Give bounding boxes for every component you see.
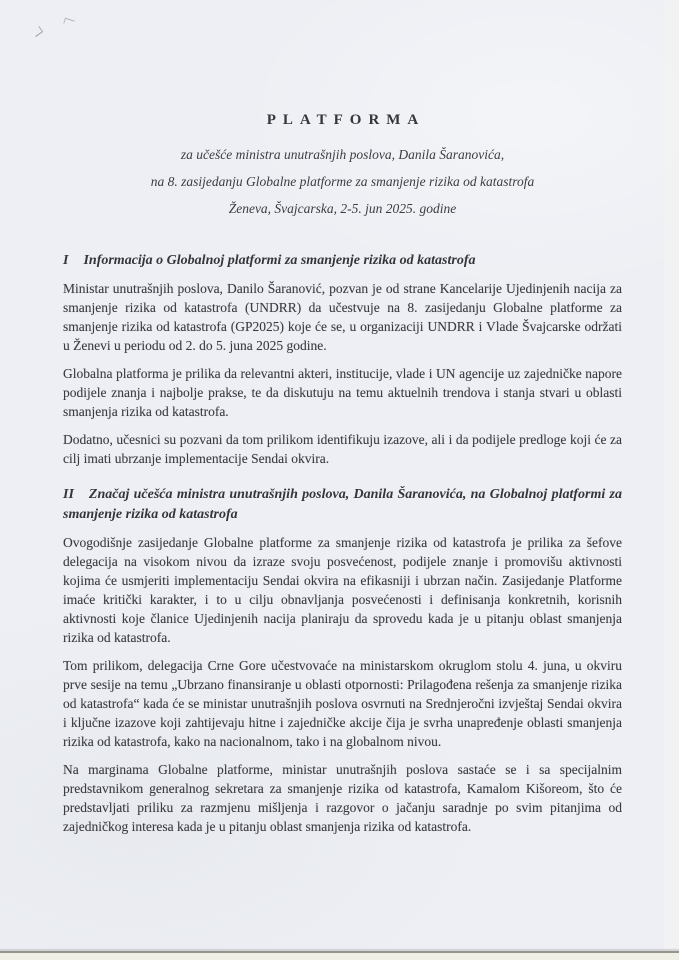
document-title: PLATFORMA [63, 112, 622, 129]
scanned-document-page: PLATFORMA za učešće ministra unutrašnjih… [0, 0, 679, 960]
subtitle-line: Ženeva, Švajcarska, 2-5. jun 2025. godin… [63, 195, 622, 222]
section-2-heading: IIZnačaj učešća ministra unutrašnjih pos… [63, 485, 622, 525]
section-1-number: I [63, 253, 68, 268]
paragraph: Dodatno, učesnici su pozvani da tom pril… [63, 430, 622, 468]
section-1: IInformacija o Globalnoj platformi za sm… [63, 251, 622, 468]
paragraph: Ovogodišnje zasijedanje Globalne platfor… [63, 533, 622, 647]
page-content: PLATFORMA za učešće ministra unutrašnjih… [0, 0, 679, 960]
document-subtitle: za učešće ministra unutrašnjih poslova, … [63, 141, 622, 222]
section-1-heading-text: Informacija o Globalnoj platformi za sma… [83, 253, 475, 268]
paragraph: Ministar unutrašnjih poslova, Danilo Šar… [63, 279, 622, 355]
subtitle-line: za učešće ministra unutrašnjih poslova, … [63, 141, 622, 168]
scanner-bottom-edge [0, 951, 679, 960]
section-2-number: II [63, 487, 74, 502]
section-2-heading-text: Značaj učešća ministra unutrašnjih poslo… [63, 487, 622, 522]
paragraph: Tom prilikom, delegacija Crne Gore učest… [63, 656, 622, 751]
section-2: IIZnačaj učešća ministra unutrašnjih pos… [63, 485, 622, 836]
paragraph: Globalna platforma je prilika da relevan… [63, 364, 622, 421]
subtitle-line: na 8. zasijedanju Globalne platforme za … [63, 168, 622, 195]
paragraph: Na marginama Globalne platforme, minista… [63, 760, 622, 836]
section-1-heading: IInformacija o Globalnoj platformi za sm… [63, 251, 622, 271]
